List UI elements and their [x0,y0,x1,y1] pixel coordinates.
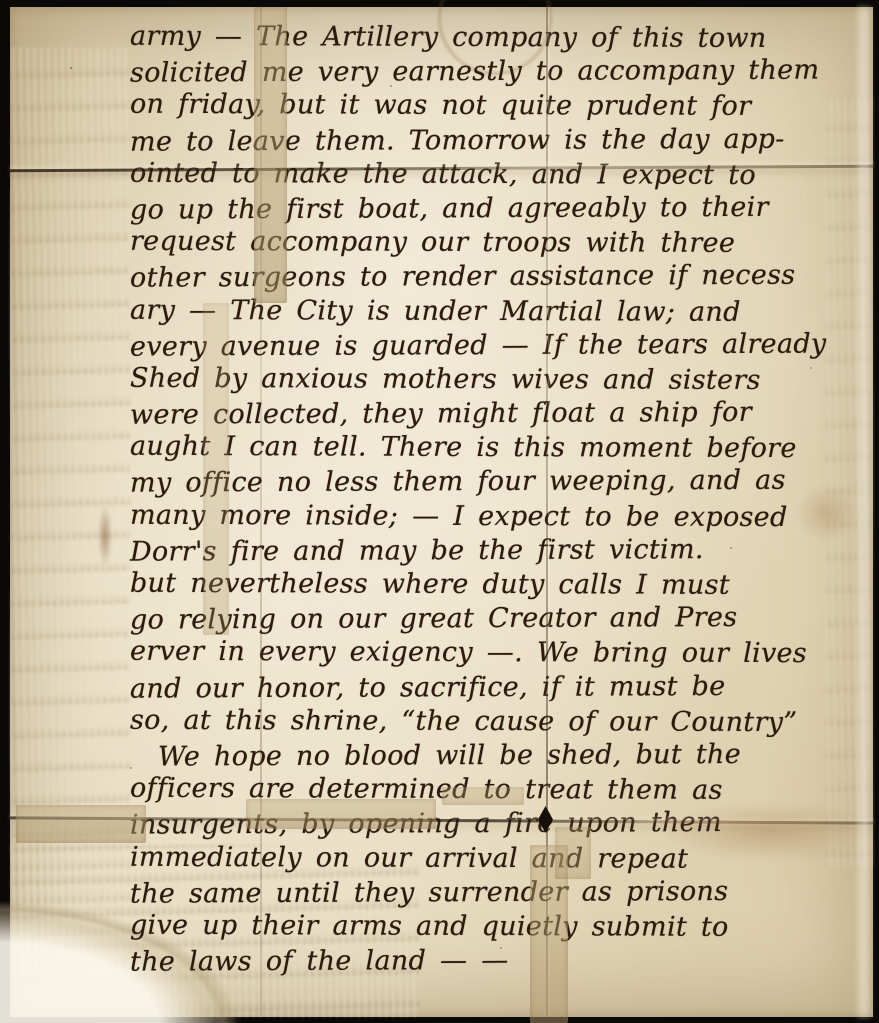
letter-line: go relying on our great Creator and Pres [130,601,855,638]
letter-line: Shed by anxious mothers wives and sister… [130,362,855,399]
letter-line: insurgents, by opening a fire upon them [130,806,855,843]
letter-line: We hope no blood will be shed, but the [130,737,855,774]
letter-line: the same until they surrender as prisons [130,874,855,911]
letter-line: my office no less them four weeping, and… [130,464,855,501]
letter-line: but nevertheless where duty calls I must [130,567,855,604]
letter-line: immediately on our arrival and repeat [130,840,855,877]
letter-line: aught I can tell. There is this moment b… [130,430,855,467]
letter-line: go up the first boat, and agreeably to t… [130,190,855,227]
paper-edge-highlight [858,7,870,1017]
letter-line: on friday, but it was not quite prudent … [130,88,855,125]
letter-line: Dorr's fire and may be the first victim. [130,532,855,569]
bleed-through-text [10,47,130,977]
letter-line: me to leave them. Tomorrow is the day ap… [130,122,855,159]
letter-page: army — The Artillery company of this tow… [10,7,873,1017]
letter-line: many more inside; — I expect to be expos… [130,498,855,535]
letter-line: the laws of the land — — [130,942,855,979]
letter-body-text: army — The Artillery company of this tow… [130,21,855,978]
letter-line: were collected, they might float a ship … [130,395,855,432]
letter-line: and our honor, to sacrifice, if it must … [130,669,855,706]
ink-drip-stain [98,507,112,565]
letter-line: give up their arms and quietly submit to [130,909,855,946]
letter-line: officers are determined to treat them as [130,772,855,809]
letter-line: every avenue is guarded — If the tears a… [130,327,855,364]
letter-line: request accompany our troops with three [130,225,855,262]
letter-line: army — The Artillery company of this tow… [130,20,855,57]
letter-line: ointed to make the attack, and I expect … [130,156,855,193]
letter-line: other surgeons to render assistance if n… [130,259,855,296]
letter-line: so, at this shrine, “the cause of our Co… [130,703,855,740]
letter-line: solicited me very earnestly to accompany… [130,54,855,91]
ink-specks [70,67,72,69]
tape-strip [16,805,146,843]
letter-line: erver in every exigency —. We bring our … [130,635,855,672]
letter-line: ary — The City is under Martial law; and [130,293,855,330]
scanned-letter-image: army — The Artillery company of this tow… [0,0,879,1023]
